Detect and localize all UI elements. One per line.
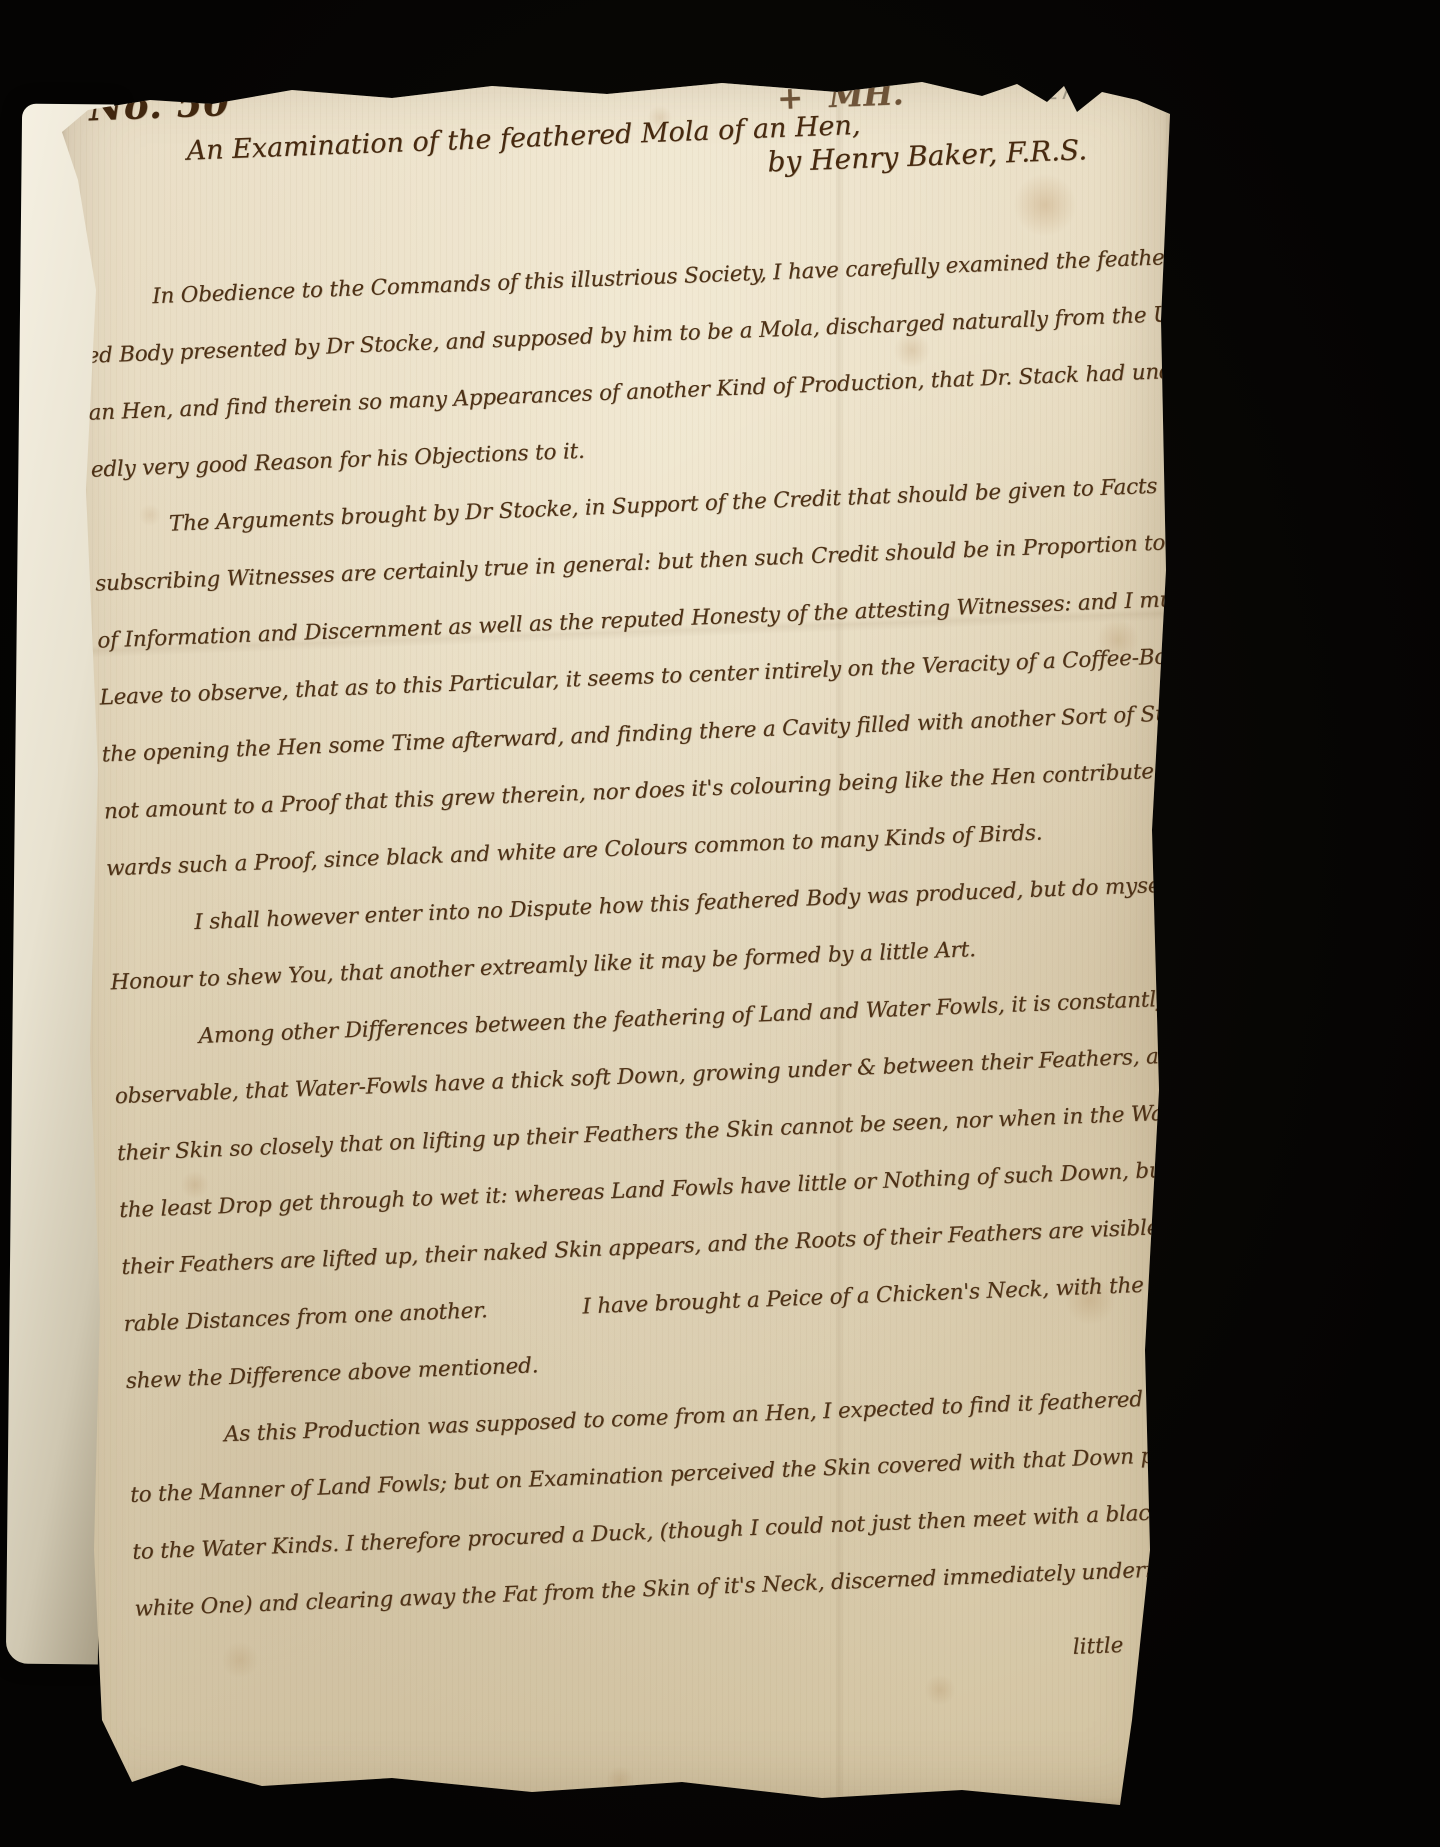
manuscript-body: In Obedience to the Commands of this ill… xyxy=(84,246,1196,1654)
document-title: An Examination of the feathered Mola of … xyxy=(186,110,861,167)
catchword: little xyxy=(1072,1633,1124,1660)
pencil-folio-number: 279 xyxy=(1045,80,1085,104)
manuscript-paper: No. 50 +MH. 279 An Examination of the fe… xyxy=(62,70,1170,1805)
handwriting-area: No. 50 +MH. 279 An Examination of the fe… xyxy=(76,43,1200,1782)
endorsement-monogram: MH. xyxy=(828,76,904,115)
